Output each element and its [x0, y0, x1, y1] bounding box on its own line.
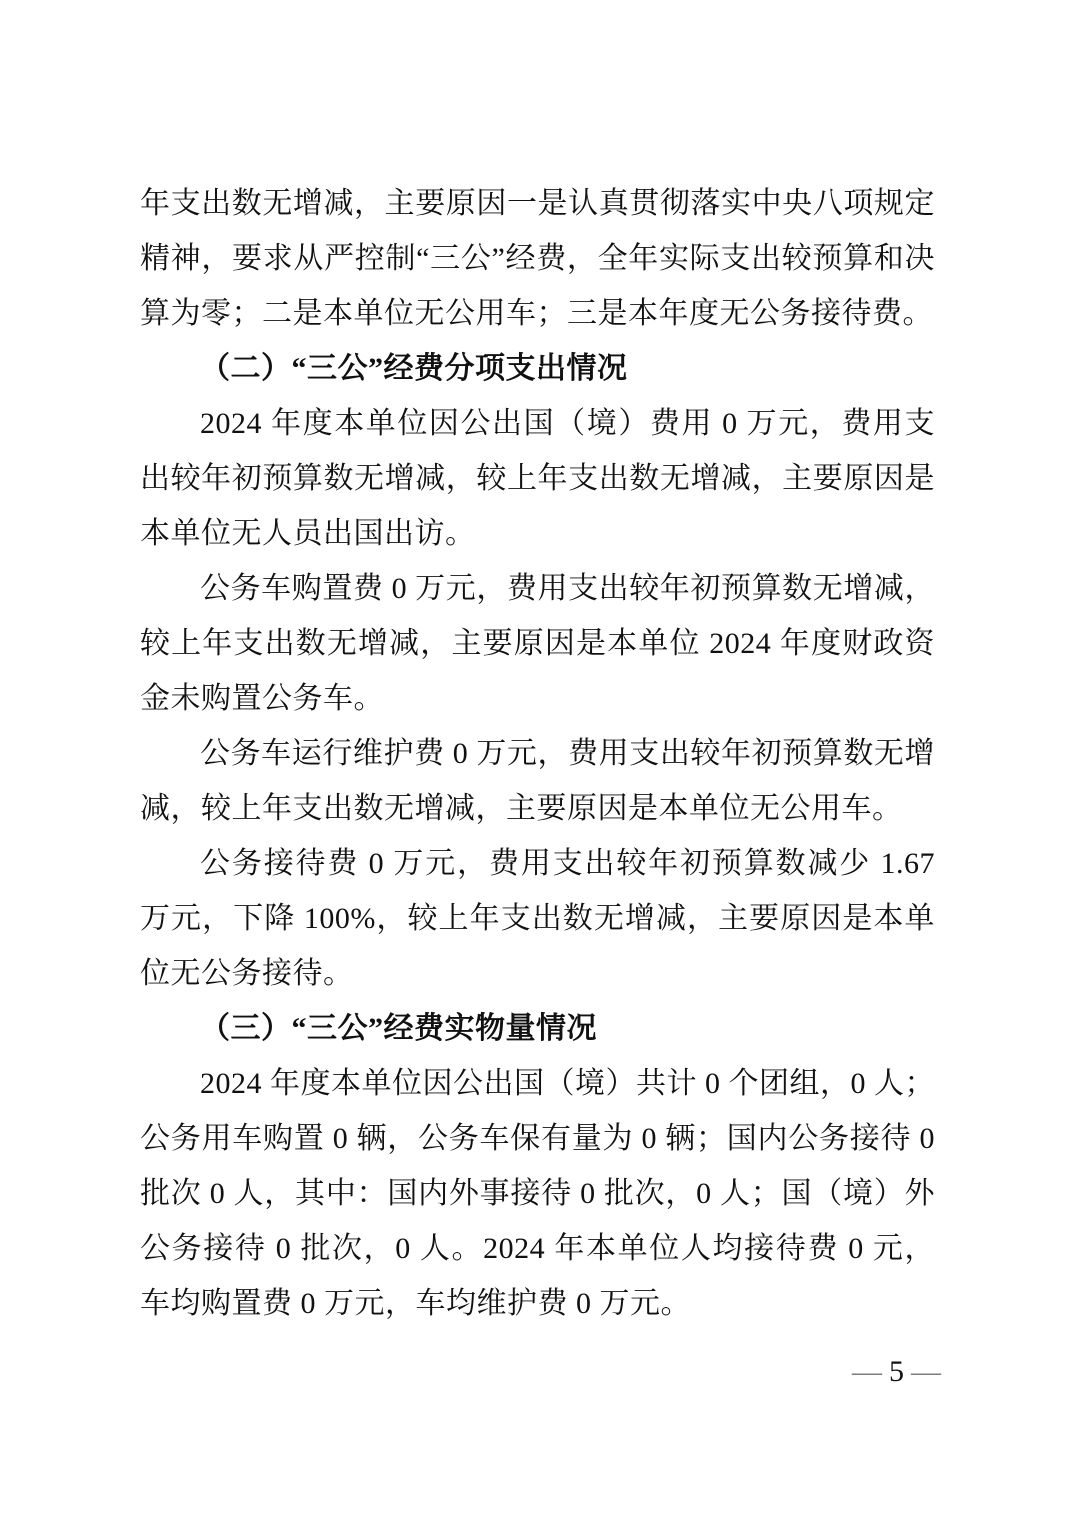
paragraph-physical-quantities: 2024 年度本单位因公出国（境）共计 0 个团组，0 人；公务用车购置 0 辆…: [140, 1056, 935, 1331]
page-number: —5—: [852, 1352, 942, 1392]
document-body: 年支出数无增减，主要原因一是认真贯彻落实中央八项规定精神，要求从严控制“三公”经…: [140, 176, 935, 1331]
paragraph-vehicle-maintenance: 公务车运行维护费 0 万元，费用支出较年初预算数无增减，较上年支出数无增减，主要…: [140, 726, 935, 836]
section-heading-2: （二）“三公”经费分项支出情况: [140, 341, 935, 396]
page-number-value: 5: [883, 1355, 911, 1388]
paragraph-overseas-travel: 2024 年度本单位因公出国（境）费用 0 万元，费用支出较年初预算数无增减，较…: [140, 396, 935, 561]
paragraph-continuation: 年支出数无增减，主要原因一是认真贯彻落实中央八项规定精神，要求从严控制“三公”经…: [140, 176, 935, 341]
page-number-right-dash: —: [911, 1355, 942, 1388]
paragraph-vehicle-purchase: 公务车购置费 0 万元，费用支出较年初预算数无增减，较上年支出数无增减，主要原因…: [140, 561, 935, 726]
page-number-left-dash: —: [852, 1355, 883, 1388]
document-page: 年支出数无增减，主要原因一是认真贯彻落实中央八项规定精神，要求从严控制“三公”经…: [0, 0, 1074, 1520]
section-heading-3: （三）“三公”经费实物量情况: [140, 1001, 935, 1056]
paragraph-official-reception: 公务接待费 0 万元，费用支出较年初预算数减少 1.67 万元，下降 100%，…: [140, 836, 935, 1001]
